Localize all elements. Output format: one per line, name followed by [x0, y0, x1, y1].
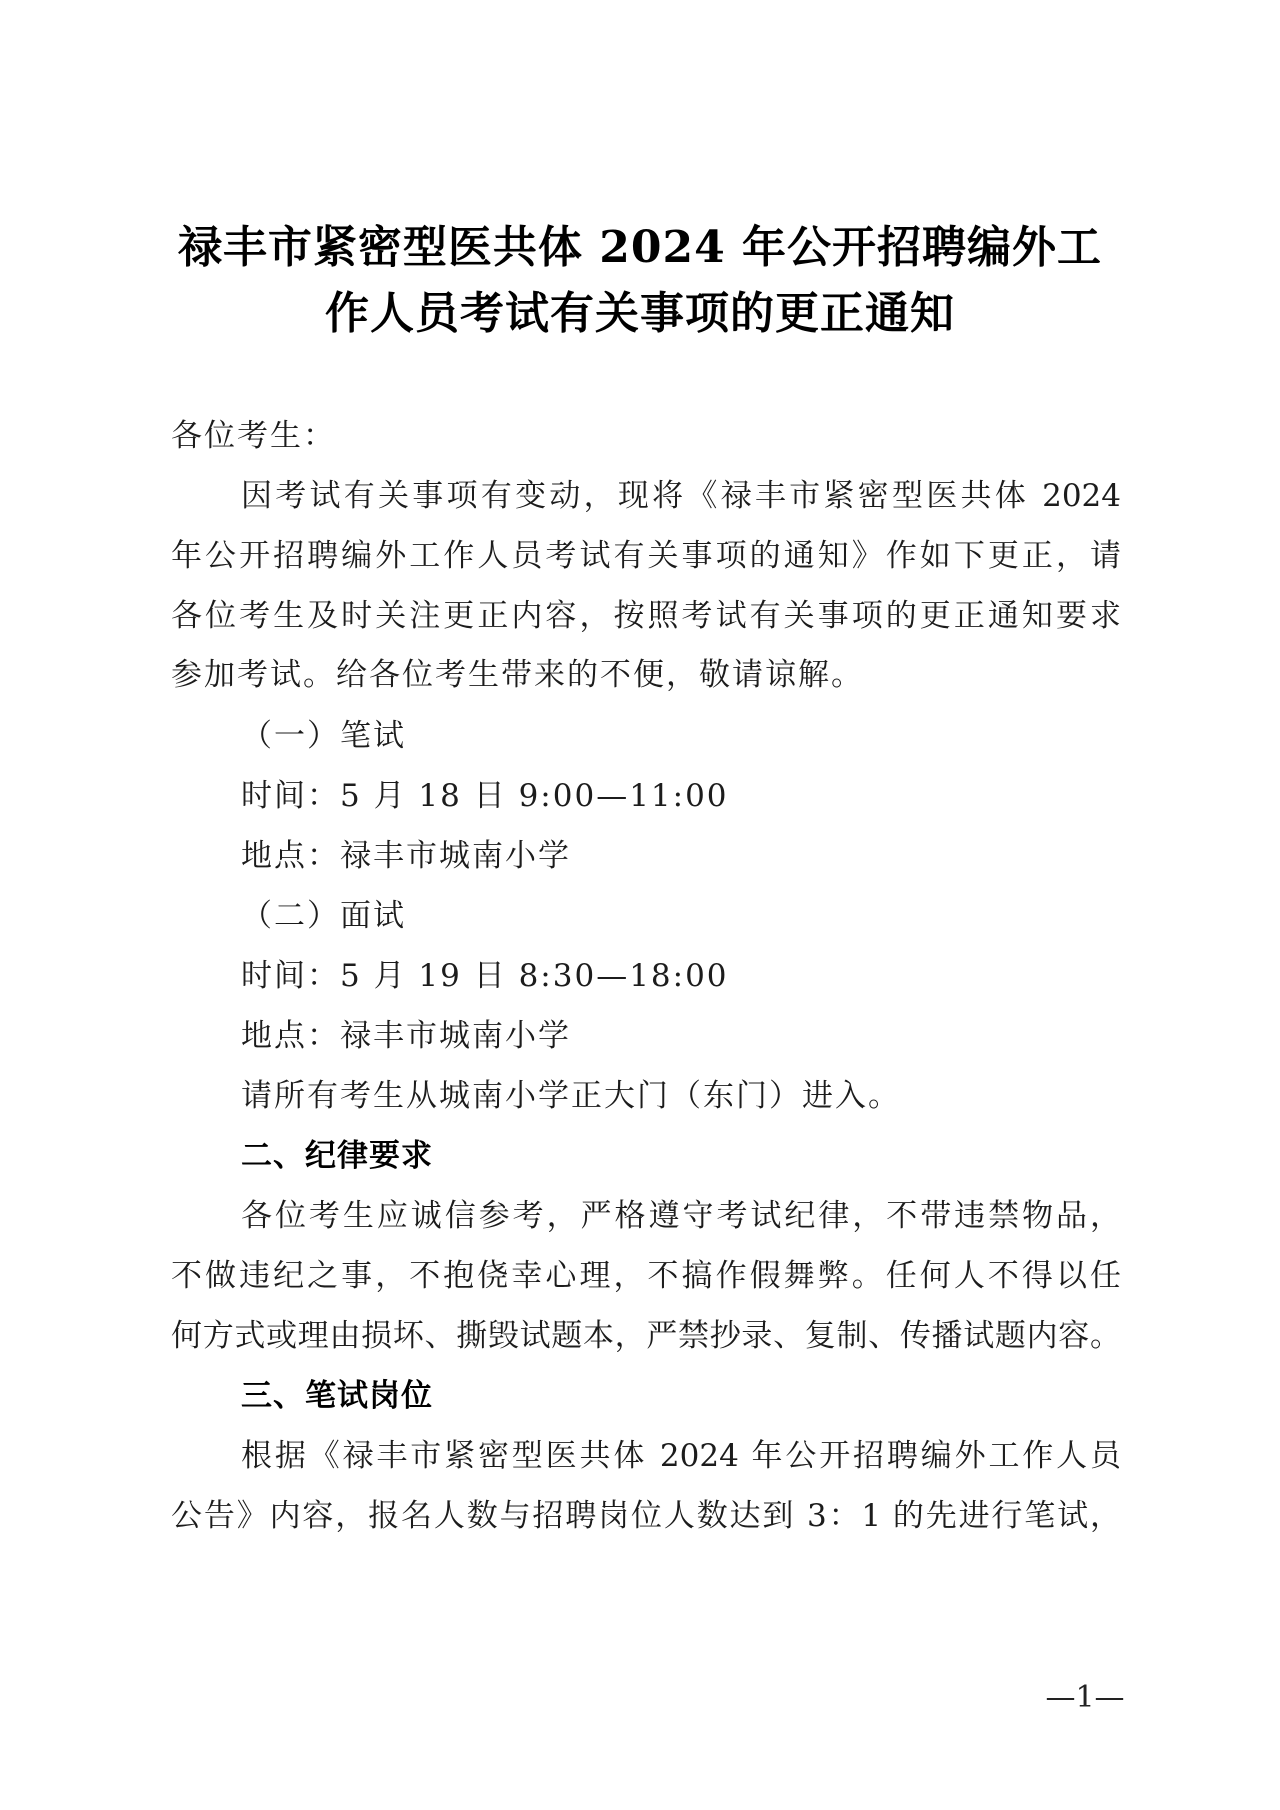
intro-line-4: 参加考试。给各位考生带来的不便，敬请谅解。	[171, 655, 1121, 695]
interview-location: 地点：禄丰市城南小学	[241, 1016, 1121, 1056]
section-heading-positions: 三、笔试岗位	[241, 1376, 1121, 1416]
written-exam-location: 地点：禄丰市城南小学	[241, 836, 1121, 876]
entrance-note: 请所有考生从城南小学正大门（东门）进入。	[241, 1076, 1121, 1116]
written-exam-heading: （一）笔试	[241, 716, 1121, 756]
discipline-line-1: 各位考生应诚信参考，严格遵守考试纪律，不带违禁物品，	[241, 1196, 1121, 1236]
intro-line-2: 年公开招聘编外工作人员考试有关事项的通知》作如下更正，请	[171, 536, 1121, 576]
positions-line-2: 公告》内容，报名人数与招聘岗位人数达到 3：1 的先进行笔试，	[171, 1496, 1121, 1536]
intro-line-1: 因考试有关事项有变动，现将《禄丰市紧密型医共体 2024	[241, 476, 1121, 516]
document-title-line-2: 作人员考试有关事项的更正通知	[0, 282, 1280, 346]
written-exam-time: 时间：5 月 18 日 9:00—11:00	[241, 776, 1121, 816]
page-number: —1—	[1045, 1680, 1125, 1716]
salutation: 各位考生：	[171, 416, 1121, 456]
interview-heading: （二）面试	[241, 896, 1121, 936]
interview-time: 时间：5 月 19 日 8:30—18:00	[241, 956, 1121, 996]
section-heading-discipline: 二、纪律要求	[241, 1136, 1121, 1176]
positions-line-1: 根据《禄丰市紧密型医共体 2024 年公开招聘编外工作人员	[241, 1436, 1121, 1476]
document-title-line-1: 禄丰市紧密型医共体 2024 年公开招聘编外工	[0, 216, 1280, 280]
discipline-line-3: 何方式或理由损坏、撕毁试题本，严禁抄录、复制、传播试题内容。	[171, 1316, 1121, 1356]
intro-line-3: 各位考生及时关注更正内容，按照考试有关事项的更正通知要求	[171, 596, 1121, 636]
discipline-line-2: 不做违纪之事，不抱侥幸心理，不搞作假舞弊。任何人不得以任	[171, 1256, 1121, 1296]
